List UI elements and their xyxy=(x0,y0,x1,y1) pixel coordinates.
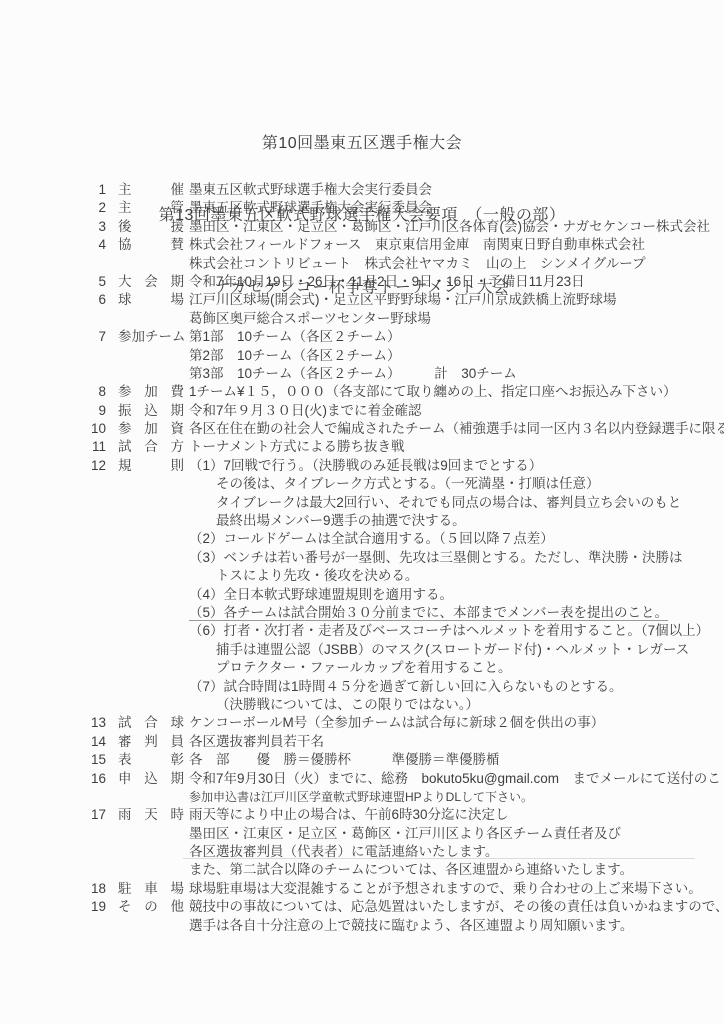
item-text: 各 部 優 勝＝優勝杯 準優勝＝準優勝楯 xyxy=(189,751,500,769)
item-number: 18 xyxy=(0,880,106,898)
list-item-row: 11試合方トーナメント方式による勝ち抜き戦 xyxy=(0,438,724,456)
list-item-row: （2）コールドゲームは全試合適用する。（５回以降７点差） xyxy=(0,530,724,548)
item-label-char: 審 xyxy=(118,733,132,751)
item-number xyxy=(0,622,106,640)
item-label xyxy=(118,696,184,714)
item-label-char: 主 xyxy=(118,199,132,217)
item-text: トスにより先攻・後攻を決める。 xyxy=(189,567,418,585)
list-item-row: 墨田区・江東区・足立区・葛飾区・江戸川区より各区チーム責任者及び xyxy=(0,825,724,843)
list-item-row: 6球場江戸川区球場(開会式)・足立区平野野球場・江戸川京成鉄橋上流野球場 xyxy=(0,291,724,309)
item-text: 1チーム¥１５，０００（各支部にて取り纏めの上、指定口座へお振込み下さい） xyxy=(189,383,677,401)
item-label xyxy=(118,788,184,806)
item-number xyxy=(0,843,106,861)
item-label-char: 員 xyxy=(171,733,185,751)
item-label-char: 後 xyxy=(118,218,132,236)
item-text: 墨東五区軟式野球選手権大会実行委員会 xyxy=(189,199,432,217)
title-line-1: 第10回墨東五区選手権大会 xyxy=(0,132,724,156)
item-label-char: 賛 xyxy=(171,236,185,254)
item-number: 5 xyxy=(0,273,106,291)
item-number: 1 xyxy=(0,181,106,199)
item-label-char: 加 xyxy=(144,383,158,401)
item-number xyxy=(0,512,106,530)
item-text: （4）全日本軟式野球連盟規則を適用する。 xyxy=(189,586,453,604)
item-number xyxy=(0,659,106,677)
item-label: 駐車場 xyxy=(118,880,184,898)
item-number: 16 xyxy=(0,770,106,788)
item-label: 表彰 xyxy=(118,751,184,769)
item-label: 参加チーム xyxy=(118,328,184,346)
item-label-char: 期 xyxy=(171,770,185,788)
document-list: 1主催墨東五区軟式野球選手権大会実行委員会2主管墨東五区軟式野球選手権大会実行委… xyxy=(0,181,724,935)
scan-artifact-line xyxy=(183,858,695,859)
list-item-row: 第2部 10チーム（各区２チーム） xyxy=(0,347,724,365)
item-label-char: 天 xyxy=(144,806,158,824)
list-item-row: （5）各チームは試合開始３０分前までに、本部までメンバー表を提出のこと。 xyxy=(0,604,724,622)
item-number xyxy=(0,586,106,604)
item-label xyxy=(118,530,184,548)
item-label-char: 合 xyxy=(144,714,158,732)
item-text: 各区選抜審判員若干名 xyxy=(189,733,324,751)
item-text: プロテクター・ファールカップを着用すること。 xyxy=(189,659,512,677)
item-text: 最終出場メンバー9選手の抽選で決する。 xyxy=(189,512,466,530)
item-label: 参加費 xyxy=(118,383,184,401)
item-label xyxy=(118,604,184,622)
item-text: 各区在住在勤の社会人で編成されたチーム（補強選手は同一区内３名以内登録選手に限る xyxy=(189,420,724,438)
list-item-row: 4協賛株式会社フィールドフォース 東京東信用金庫 南関東日野自動車株式会社 xyxy=(0,236,724,254)
item-label: 主催 xyxy=(118,181,184,199)
item-label-char: 大 xyxy=(118,273,132,291)
list-item-row: 5大会期令和7年10月19日・26日・11月2日・9日・16日・予備日11月23… xyxy=(0,273,724,291)
item-number xyxy=(0,475,106,493)
item-text: 捕手は連盟公認（JSBB）のマスク(スロートガード付)・ヘルメット・レガース xyxy=(189,641,689,659)
item-label-char: ー xyxy=(159,328,173,346)
item-number xyxy=(0,530,106,548)
item-label: 後援 xyxy=(118,218,184,236)
list-item-row: 15表彰各 部 優 勝＝優勝杯 準優勝＝準優勝楯 xyxy=(0,751,724,769)
item-number xyxy=(0,604,106,622)
item-number xyxy=(0,494,106,512)
item-text: 墨田区・江東区・足立区・葛飾区・江戸川区より各区チーム責任者及び xyxy=(189,825,621,843)
item-label xyxy=(118,512,184,530)
list-item-row: 7参加チーム第1部 10チーム（各区２チーム） xyxy=(0,328,724,346)
item-number: 8 xyxy=(0,383,106,401)
item-label-char: 球 xyxy=(171,714,185,732)
item-text: 江戸川区球場(開会式)・足立区平野野球場・江戸川京成鉄橋上流野球場 xyxy=(189,291,617,309)
item-number: 3 xyxy=(0,218,106,236)
item-text: 第2部 10チーム（各区２チーム） xyxy=(189,347,401,365)
item-text: 選手は各自十分注意の上で競技に臨むよう、各区連盟より周知願います。 xyxy=(189,917,633,935)
list-item-row: 12規則（1）7回戦で行う。（決勝戦のみ延長戦は9回までとする） xyxy=(0,457,724,475)
item-text: 株式会社フィールドフォース 東京東信用金庫 南関東日野自動車株式会社 xyxy=(189,236,645,254)
item-number: 11 xyxy=(0,438,106,456)
item-number xyxy=(0,861,106,879)
list-item-row: 捕手は連盟公認（JSBB）のマスク(スロートガード付)・ヘルメット・レガース xyxy=(0,641,724,659)
item-label-char: 場 xyxy=(171,291,185,309)
list-item-row: 19その他競技中の事故については、応急処置はいたしますが、その後の責任は負いかね… xyxy=(0,898,724,916)
item-text: （決勝戦については、この限りではない。） xyxy=(189,696,479,714)
item-label: 協賛 xyxy=(118,236,184,254)
item-text: 墨田区・江東区・足立区・葛飾区・江戸川区各体育(会)協会・ナガセケンコー株式会社 xyxy=(189,218,710,236)
item-label-char: チ xyxy=(145,328,159,346)
list-item-row: トスにより先攻・後攻を決める。 xyxy=(0,567,724,585)
item-label xyxy=(118,843,184,861)
item-label xyxy=(118,365,184,383)
item-label-char: ム xyxy=(172,328,186,346)
item-label-char: 加 xyxy=(144,420,158,438)
list-item-row: 8参加費1チーム¥１５，０００（各支部にて取り纏めの上、指定口座へお振込み下さい… xyxy=(0,383,724,401)
item-text: 葛飾区奥戸総合スポーツセンター野球場 xyxy=(189,310,431,328)
list-item-row: 10参加資各区在住在勤の社会人で編成されたチーム（補強選手は同一区内３名以内登録… xyxy=(0,420,724,438)
item-label xyxy=(118,494,184,512)
document-page: 第10回墨東五区選手権大会 第13回墨東五区軟式野球選手権大会要項 （一般の部）… xyxy=(0,0,724,1024)
list-item-row: 1主催墨東五区軟式野球選手権大会実行委員会 xyxy=(0,181,724,199)
item-label-char: 合 xyxy=(144,438,158,456)
item-label xyxy=(118,659,184,677)
item-number: 15 xyxy=(0,751,106,769)
item-number: 14 xyxy=(0,733,106,751)
item-text: その後は、タイブレーク方式とする。（一死満塁・打順は任意） xyxy=(189,475,600,493)
item-label-char: 表 xyxy=(118,751,132,769)
item-text: 球場駐車場は大変混雑することが予想されますので、乗り合わせの上ご来場下さい。 xyxy=(189,880,702,898)
list-item-row: 16申込期令和7年9月30日（火）までに、総務 bokuto5ku@gmail.… xyxy=(0,770,724,788)
list-item-row: 第3部 10チーム（各区２チーム） 計 30チーム xyxy=(0,365,724,383)
item-number: 10 xyxy=(0,420,106,438)
item-label: その他 xyxy=(118,898,184,916)
list-item-row: 13試合球ケンコーボールM号（全参加チームは試合毎に新球２個を供出の事） xyxy=(0,714,724,732)
list-item-row: また、第二試合以降のチームについては、各区連盟から連絡いたします。 xyxy=(0,861,724,879)
item-label-char: 時 xyxy=(171,806,185,824)
item-text: 第3部 10チーム（各区２チーム） 計 30チーム xyxy=(189,365,517,383)
item-text: 令和7年10月19日・26日・11月2日・9日・16日・予備日11月23日 xyxy=(189,273,585,291)
list-item-row: 選手は各自十分注意の上で競技に臨むよう、各区連盟より周知願います。 xyxy=(0,917,724,935)
item-label xyxy=(118,255,184,273)
item-label-char: 込 xyxy=(144,770,158,788)
item-label-char: 場 xyxy=(171,880,185,898)
item-label xyxy=(118,622,184,640)
item-label xyxy=(118,549,184,567)
item-label-char: 管 xyxy=(171,199,185,217)
list-item-row: 2主管墨東五区軟式野球選手権大会実行委員会 xyxy=(0,199,724,217)
item-label-char: 込 xyxy=(144,402,158,420)
item-label-char: 加 xyxy=(132,328,146,346)
item-label: 雨天時 xyxy=(118,806,184,824)
item-text: ケンコーボールM号（全参加チームは試合毎に新球２個を供出の事） xyxy=(189,714,604,732)
item-label-char: 期 xyxy=(171,402,185,420)
item-label-char: 駐 xyxy=(118,880,132,898)
list-item-row: 最終出場メンバー9選手の抽選で決する。 xyxy=(0,512,724,530)
item-label-char: 参 xyxy=(118,328,132,346)
item-text: 株式会社コントリビュート 株式会社ヤマカミ 山の上 シンメイグループ xyxy=(189,255,646,273)
list-item-row: 株式会社コントリビュート 株式会社ヤマカミ 山の上 シンメイグループ xyxy=(0,255,724,273)
item-number: 6 xyxy=(0,291,106,309)
item-number: 4 xyxy=(0,236,106,254)
list-item-row: 14審判員各区選抜審判員若干名 xyxy=(0,733,724,751)
item-label: 主管 xyxy=(118,199,184,217)
item-text: 墨東五区軟式野球選手権大会実行委員会 xyxy=(189,181,432,199)
item-number: 12 xyxy=(0,457,106,475)
item-text: （5）各チームは試合開始３０分前までに、本部までメンバー表を提出のこと。 xyxy=(189,604,668,622)
item-number: 13 xyxy=(0,714,106,732)
item-label-char: そ xyxy=(118,898,132,916)
item-text: また、第二試合以降のチームについては、各区連盟から連絡いたします。 xyxy=(189,861,633,879)
item-label-char: 球 xyxy=(118,291,132,309)
item-number: 9 xyxy=(0,402,106,420)
list-item-row: 18駐車場球場駐車場は大変混雑することが予想されますので、乗り合わせの上ご来場下… xyxy=(0,880,724,898)
item-label: 試合方 xyxy=(118,438,184,456)
item-number xyxy=(0,365,106,383)
list-item-row: その後は、タイブレーク方式とする。（一死満塁・打順は任意） xyxy=(0,475,724,493)
list-item-row: 9振込期令和7年９月３０日(火)までに着金確認 xyxy=(0,402,724,420)
item-label-char: 彰 xyxy=(171,751,185,769)
item-number xyxy=(0,255,106,273)
list-item-row: （4）全日本軟式野球連盟規則を適用する。 xyxy=(0,586,724,604)
item-label-char: 規 xyxy=(118,457,132,475)
item-label-char: 費 xyxy=(171,383,185,401)
item-label-char: 資 xyxy=(171,420,185,438)
item-text: 雨天等により中止の場合は、午前6時30分迄に決定し xyxy=(189,806,509,824)
item-number: 2 xyxy=(0,199,106,217)
item-text: 競技中の事故については、応急処置はいたしますが、その後の責任は負いかねますので、 xyxy=(189,898,724,916)
list-item-row: （3）ベンチは若い番号が一塁側、先攻は三塁側とする。ただし、準決勝・決勝は xyxy=(0,549,724,567)
item-number: 19 xyxy=(0,898,106,916)
item-number xyxy=(0,567,106,585)
item-label-char: の xyxy=(144,898,158,916)
item-text: （6）打者・次打者・走者及びベースコーチはヘルメットを着用すること。（7個以上） xyxy=(189,622,709,640)
list-item-row: （6）打者・次打者・走者及びベースコーチはヘルメットを着用すること。（7個以上） xyxy=(0,622,724,640)
list-item-row: （7）試合時間は1時間４５分を過ぎて新しい回に入らないものとする。 xyxy=(0,678,724,696)
item-label: 申込期 xyxy=(118,770,184,788)
item-number: 17 xyxy=(0,806,106,824)
item-label xyxy=(118,678,184,696)
item-number xyxy=(0,825,106,843)
item-label-char: 試 xyxy=(118,438,132,456)
item-label-char: 参 xyxy=(118,383,132,401)
item-label-char: 則 xyxy=(171,457,185,475)
item-text: タイブレークは最大2回行い、それでも同点の場合は、審判員立ち会いのもと xyxy=(189,494,681,512)
item-text: 第1部 10チーム（各区２チーム） xyxy=(189,328,401,346)
item-label xyxy=(118,475,184,493)
item-label xyxy=(118,347,184,365)
item-label-char: 参 xyxy=(118,420,132,438)
list-item-row: 17雨天時雨天等により中止の場合は、午前6時30分迄に決定し xyxy=(0,806,724,824)
item-label xyxy=(118,567,184,585)
item-label-char: 雨 xyxy=(118,806,132,824)
item-number xyxy=(0,696,106,714)
item-number xyxy=(0,347,106,365)
item-label-char: 申 xyxy=(118,770,132,788)
item-label-char: 援 xyxy=(171,218,185,236)
item-label-char: 他 xyxy=(171,898,185,916)
item-label-char: 催 xyxy=(171,181,185,199)
item-label: 参加資 xyxy=(118,420,184,438)
item-label xyxy=(118,310,184,328)
item-label-char: 試 xyxy=(118,714,132,732)
item-label-char: 車 xyxy=(144,880,158,898)
item-label xyxy=(118,917,184,935)
item-label-char: 方 xyxy=(171,438,185,456)
item-text: 令和7年9月30日（火）までに、総務 bokuto5ku@gmail.com ま… xyxy=(189,770,721,788)
item-text: （1）7回戦で行う。（決勝戦のみ延長戦は9回までとする） xyxy=(189,457,542,475)
item-label xyxy=(118,641,184,659)
item-label xyxy=(118,825,184,843)
item-label: 大会期 xyxy=(118,273,184,291)
item-text: （7）試合時間は1時間４５分を過ぎて新しい回に入らないものとする。 xyxy=(189,678,623,696)
item-label-char: 主 xyxy=(118,181,132,199)
list-item-row: 参加申込書は江戸川区学童軟式野球連盟HPよりDLして下さい。 xyxy=(0,788,724,806)
item-label-char: 判 xyxy=(144,733,158,751)
item-label: 規則 xyxy=(118,457,184,475)
item-number xyxy=(0,549,106,567)
item-text: 参加申込書は江戸川区学童軟式野球連盟HPよりDLして下さい。 xyxy=(189,788,533,806)
item-label: 審判員 xyxy=(118,733,184,751)
item-label xyxy=(118,586,184,604)
list-item-row: 3後援墨田区・江東区・足立区・葛飾区・江戸川区各体育(会)協会・ナガセケンコー株… xyxy=(0,218,724,236)
item-label-char: 期 xyxy=(171,273,185,291)
item-number xyxy=(0,788,106,806)
item-label: 試合球 xyxy=(118,714,184,732)
item-text: トーナメント方式による勝ち抜き戦 xyxy=(189,438,404,456)
item-label: 振込期 xyxy=(118,402,184,420)
item-label-char: 振 xyxy=(118,402,132,420)
item-label xyxy=(118,861,184,879)
item-label: 球場 xyxy=(118,291,184,309)
list-item-row: タイブレークは最大2回行い、それでも同点の場合は、審判員立ち会いのもと xyxy=(0,494,724,512)
item-number: 7 xyxy=(0,328,106,346)
item-text: （3）ベンチは若い番号が一塁側、先攻は三塁側とする。ただし、準決勝・決勝は xyxy=(189,549,683,567)
item-number xyxy=(0,678,106,696)
item-number xyxy=(0,641,106,659)
item-label-char: 会 xyxy=(144,273,158,291)
item-text: 令和7年９月３０日(火)までに着金確認 xyxy=(189,402,422,420)
item-number xyxy=(0,310,106,328)
list-item-row: （決勝戦については、この限りではない。） xyxy=(0,696,724,714)
item-label-char: 協 xyxy=(118,236,132,254)
list-item-row: 葛飾区奥戸総合スポーツセンター野球場 xyxy=(0,310,724,328)
item-text: （2）コールドゲームは全試合適用する。（５回以降７点差） xyxy=(189,530,554,548)
list-item-row: プロテクター・ファールカップを着用すること。 xyxy=(0,659,724,677)
item-number xyxy=(0,917,106,935)
